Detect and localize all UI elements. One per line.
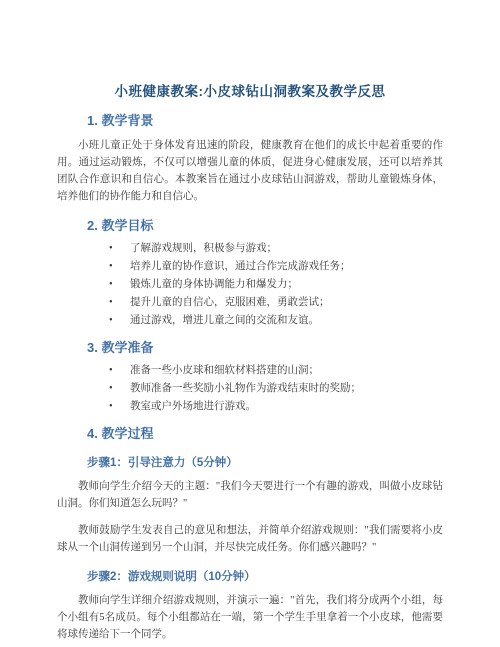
list-item: 了解游戏规则，积极参与游戏；	[57, 242, 443, 255]
goals-list: 了解游戏规则，积极参与游戏； 培养儿童的协作意识，通过合作完成游戏任务； 锻炼儿…	[57, 242, 443, 327]
step1-paragraph-1: 教师向学生介绍今天的主题："我们今天要进行一个有趣的游戏，叫做小皮球钻山洞。你们…	[57, 478, 443, 512]
step1-paragraph-2: 教师鼓励学生发表自己的意见和想法，并简单介绍游戏规则："我们需要将小皮球从一个山…	[57, 522, 443, 556]
document-title: 小班健康教案:小皮球钻山洞教案及教学反思	[57, 80, 443, 100]
list-item: 提升儿童的自信心，克服困难，勇敢尝试；	[57, 296, 443, 309]
list-item: 锻炼儿童的身体协调能力和爆发力；	[57, 278, 443, 291]
list-item: 培养儿童的协作意识，通过合作完成游戏任务；	[57, 260, 443, 273]
list-item: 通过游戏，增进儿童之间的交流和友谊。	[57, 314, 443, 327]
list-item: 教室或户外场地进行游戏。	[57, 400, 443, 413]
background-paragraph: 小班儿童正处于身体发育迅速的阶段，健康教育在他们的成长中起着重要的作用。通过运动…	[57, 137, 443, 205]
document-page: 小班健康教案:小皮球钻山洞教案及教学反思 1. 教学背景 小班儿童正处于身体发育…	[0, 0, 500, 647]
step2-paragraph-1: 教师向学生详细介绍游戏规则，并演示一遍："首先，我们将分成两个小组，每个小组有5…	[57, 592, 443, 643]
preparation-list: 准备一些小皮球和细软材料搭建的山洞； 教师准备一些奖励小礼物作为游戏结束时的奖励…	[57, 364, 443, 413]
section-heading-background: 1. 教学背景	[87, 110, 443, 129]
section-heading-goals: 2. 教学目标	[87, 215, 443, 234]
section-heading-process: 4. 教学过程	[87, 423, 443, 442]
section-heading-preparation: 3. 教学准备	[87, 337, 443, 356]
step2-heading: 步骤2：游戏规则说明（10分钟）	[87, 568, 443, 584]
step1-heading: 步骤1：引导注意力（5分钟）	[87, 454, 443, 470]
list-item: 教师准备一些奖励小礼物作为游戏结束时的奖励；	[57, 382, 443, 395]
list-item: 准备一些小皮球和细软材料搭建的山洞；	[57, 364, 443, 377]
